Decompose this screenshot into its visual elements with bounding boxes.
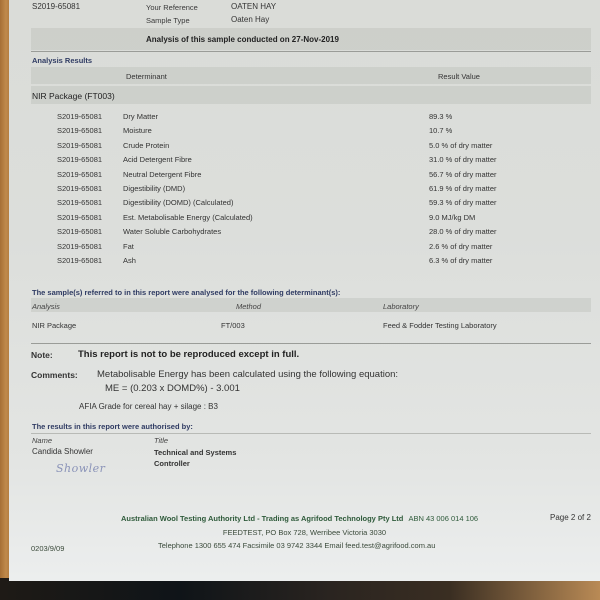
result-row: S2019-65081Crude Protein5.0 % of dry mat… xyxy=(9,141,600,155)
result-determinant: Acid Detergent Fibre xyxy=(123,155,192,164)
method-laboratory: Feed & Fodder Testing Laboratory xyxy=(383,321,497,330)
result-value: 5.0 % of dry matter xyxy=(429,141,492,150)
result-row: S2019-65081Dry Matter89.3 % xyxy=(9,112,600,126)
result-row: S2019-65081Digestibility (DOMD) (Calcula… xyxy=(9,198,600,212)
result-row: S2019-65081Ash6.3 % of dry matter xyxy=(9,256,600,270)
result-value: 56.7 % of dry matter xyxy=(429,170,497,179)
result-value: 31.0 % of dry matter xyxy=(429,155,497,164)
sample-type-label: Sample Type xyxy=(146,16,190,25)
result-sample-id: S2019-65081 xyxy=(57,256,102,265)
result-value: 9.0 MJ/kg DM xyxy=(429,213,475,222)
footer-abn: ABN 43 006 014 106 xyxy=(408,514,478,523)
result-determinant: Est. Metabolisable Energy (Calculated) xyxy=(123,213,253,222)
comments-line-1: Metabolisable Energy has been calculated… xyxy=(97,369,398,380)
authoriser-name: Candida Showler xyxy=(32,447,93,456)
divider xyxy=(31,343,591,344)
col-result-value: Result Value xyxy=(438,72,480,81)
result-value: 6.3 % of dry matter xyxy=(429,256,492,265)
methods-title: The sample(s) referred to in this report… xyxy=(32,288,340,297)
reference-label: Your Reference xyxy=(146,3,198,12)
result-sample-id: S2019-65081 xyxy=(57,141,102,150)
result-value: 89.3 % xyxy=(429,112,452,121)
result-sample-id: S2019-65081 xyxy=(57,242,102,251)
comments-label: Comments: xyxy=(31,370,78,380)
result-determinant: Fat xyxy=(123,242,134,251)
result-determinant: Neutral Detergent Fibre xyxy=(123,170,201,179)
result-sample-id: S2019-65081 xyxy=(57,184,102,193)
note-text: This report is not to be reproduced exce… xyxy=(78,349,299,360)
page-number: Page 2 of 2 xyxy=(550,513,591,522)
method-analysis: NIR Package xyxy=(32,321,76,330)
result-row: S2019-65081Fat2.6 % of dry matter xyxy=(9,242,600,256)
col-analysis: Analysis xyxy=(32,302,60,311)
report-page: S2019-65081 Your Reference OATEN HAY Sam… xyxy=(9,0,600,581)
reference-value: OATEN HAY xyxy=(231,2,276,11)
title-label: Title xyxy=(154,436,168,445)
methods-header-band xyxy=(31,298,591,312)
result-determinant: Digestibility (DOMD) (Calculated) xyxy=(123,198,233,207)
result-value: 10.7 % xyxy=(429,126,452,135)
result-row: S2019-65081Water Soluble Carbohydrates28… xyxy=(9,227,600,241)
header-sample-id: S2019-65081 xyxy=(32,2,80,11)
col-determinant: Determinant xyxy=(126,72,167,81)
result-sample-id: S2019-65081 xyxy=(57,112,102,121)
footer-company: Australian Wool Testing Authority Ltd - … xyxy=(121,514,403,523)
result-sample-id: S2019-65081 xyxy=(57,213,102,222)
divider xyxy=(31,51,591,52)
footer-contact: Telephone 1300 655 474 Facsimile 03 9742… xyxy=(158,541,435,550)
result-value: 2.6 % of dry matter xyxy=(429,242,492,251)
result-determinant: Crude Protein xyxy=(123,141,169,150)
afia-grade: AFIA Grade for cereal hay + silage : B3 xyxy=(79,402,218,411)
results-header-band xyxy=(31,67,591,84)
authorisation-title: The results in this report were authoris… xyxy=(32,422,193,431)
result-determinant: Moisture xyxy=(123,126,152,135)
result-sample-id: S2019-65081 xyxy=(57,198,102,207)
result-sample-id: S2019-65081 xyxy=(57,126,102,135)
result-determinant: Digestibility (DMD) xyxy=(123,184,185,193)
col-method: Method xyxy=(236,302,261,311)
package-title: NIR Package (FT003) xyxy=(32,91,115,101)
result-determinant: Ash xyxy=(123,256,136,265)
result-sample-id: S2019-65081 xyxy=(57,170,102,179)
comments-equation: ME = (0.203 x DOMD%) - 3.001 xyxy=(105,383,240,394)
method-code: FT/003 xyxy=(221,321,245,330)
name-label: Name xyxy=(32,436,52,445)
analysis-date: Analysis of this sample conducted on 27-… xyxy=(146,35,339,44)
col-laboratory: Laboratory xyxy=(383,302,419,311)
result-determinant: Water Soluble Carbohydrates xyxy=(123,227,221,236)
footer-address: FEEDTEST, PO Box 728, Werribee Victoria … xyxy=(9,528,600,537)
package-band xyxy=(31,86,591,104)
analysis-results-title: Analysis Results xyxy=(32,56,92,65)
result-row: S2019-65081Est. Metabolisable Energy (Ca… xyxy=(9,213,600,227)
result-sample-id: S2019-65081 xyxy=(57,155,102,164)
result-determinant: Dry Matter xyxy=(123,112,158,121)
result-row: S2019-65081Moisture10.7 % xyxy=(9,126,600,140)
form-code: 0203/9/09 xyxy=(31,544,64,553)
result-row: S2019-65081Digestibility (DMD)61.9 % of … xyxy=(9,184,600,198)
sample-type-value: Oaten Hay xyxy=(231,15,269,24)
authoriser-title-line-1: Technical and Systems xyxy=(154,448,236,457)
note-label: Note: xyxy=(31,350,53,360)
divider xyxy=(31,433,591,434)
result-row: S2019-65081Neutral Detergent Fibre56.7 %… xyxy=(9,170,600,184)
result-sample-id: S2019-65081 xyxy=(57,227,102,236)
authoriser-title-line-2: Controller xyxy=(154,459,190,468)
signature: Showler xyxy=(56,462,105,475)
result-row: S2019-65081Acid Detergent Fibre31.0 % of… xyxy=(9,155,600,169)
result-value: 61.9 % of dry matter xyxy=(429,184,497,193)
floor-shadow xyxy=(0,578,600,600)
result-value: 59.3 % of dry matter xyxy=(429,198,497,207)
footer-company-line: Australian Wool Testing Authority Ltd - … xyxy=(121,514,478,523)
result-value: 28.0 % of dry matter xyxy=(429,227,497,236)
